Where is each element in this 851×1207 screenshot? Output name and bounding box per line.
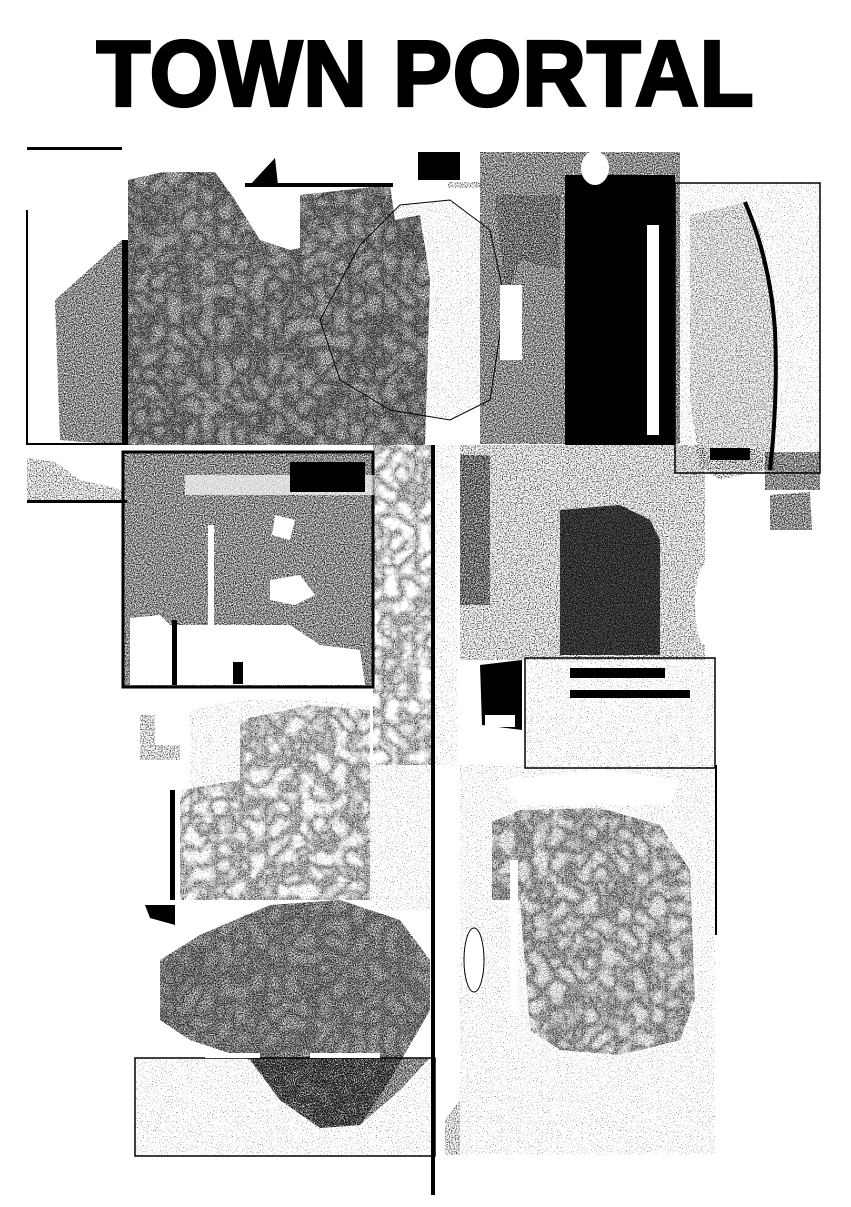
collage-panel-rock-9 [135, 900, 435, 1156]
rock-collage-artwork [0, 0, 851, 1207]
collage-panel-rock-5 [123, 452, 375, 687]
collage-panel-rock-4 [675, 183, 820, 473]
collage-panel-top-left [27, 147, 127, 445]
collage-panel-rock-10 [445, 765, 717, 1155]
collage-panel-rock-7 [480, 658, 715, 768]
collage-panel-strip-left [27, 458, 127, 503]
collage-panel-rock-3 [480, 151, 680, 445]
collage-panel-rock-6 [460, 445, 820, 660]
